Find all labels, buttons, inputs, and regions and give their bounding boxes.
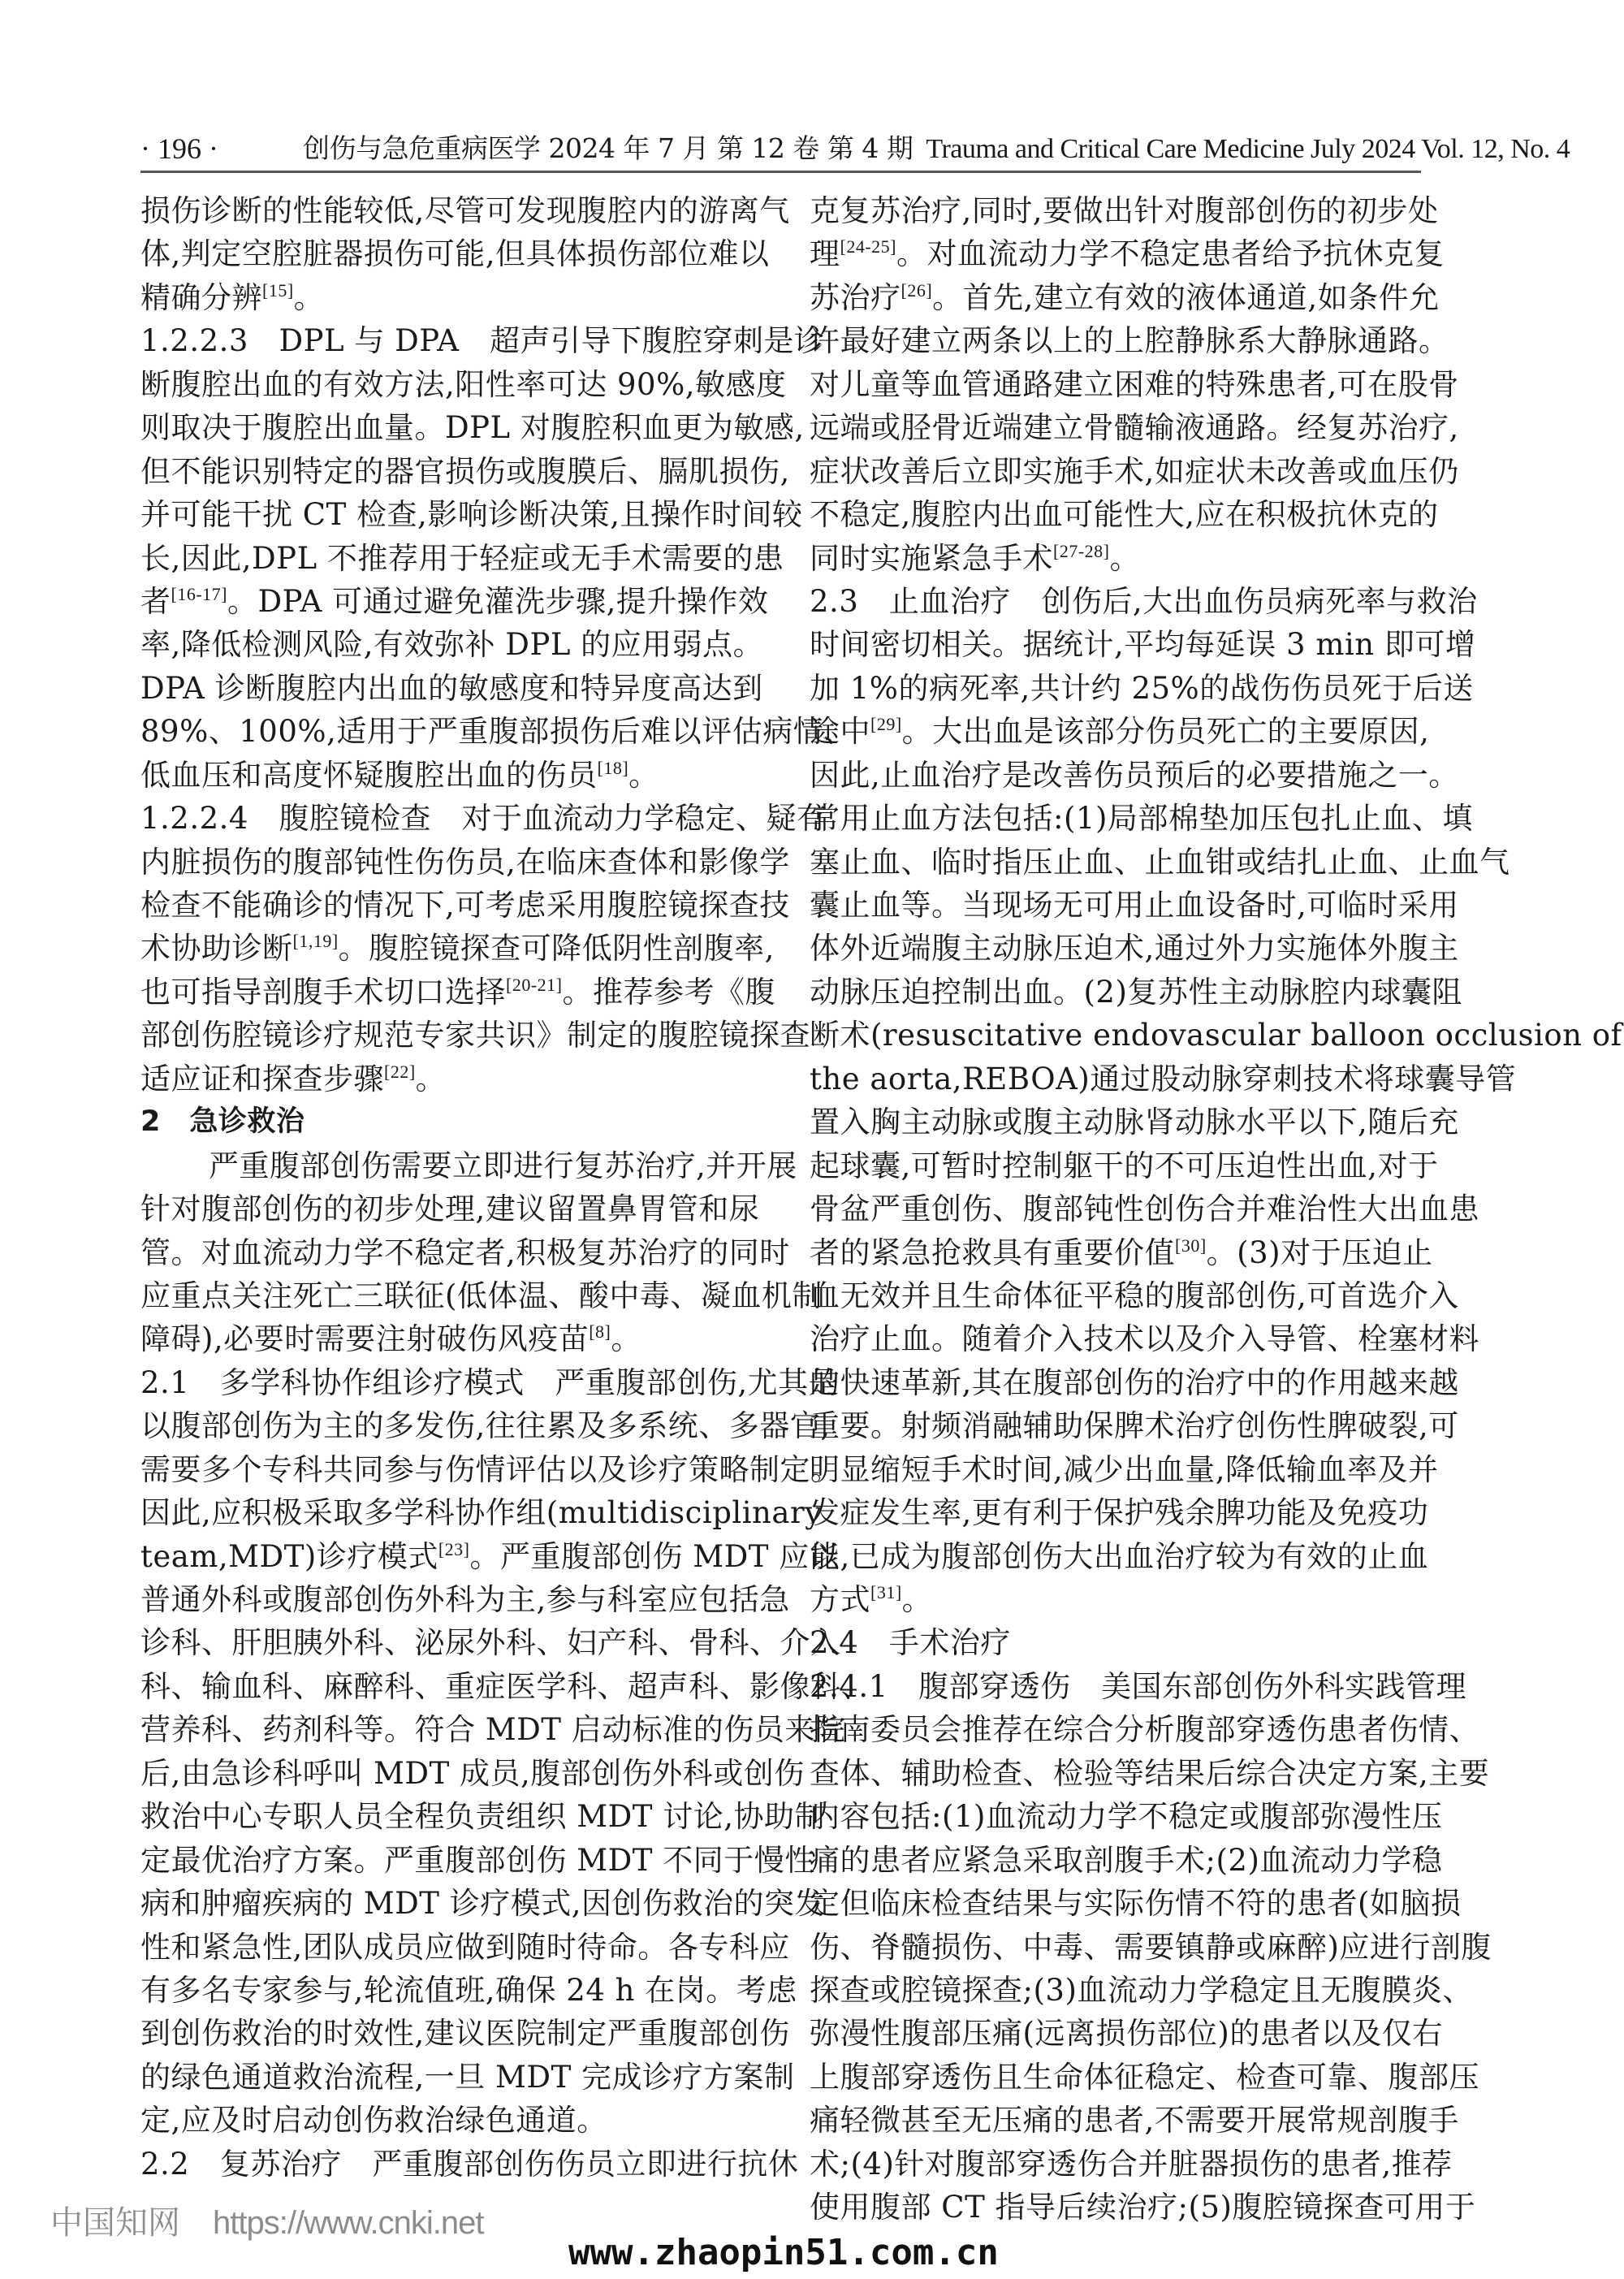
line-text: 查体、辅助检查、检验等结果后综合决定方案,主要 (810, 1756, 1489, 1791)
line-text: 损伤诊断的性能较低,尽管可发现腹腔内的游离气 (140, 193, 790, 228)
text-line: DPA 诊断腹腔内出血的敏感度和特异度高达到 (140, 667, 753, 710)
text-line: 营养科、药剂科等。符合 MDT 启动标准的伤员来院 (140, 1708, 753, 1751)
line-text: 长,因此,DPL 不推荐用于轻症或无手术需要的患 (140, 541, 784, 576)
text-line: 上腹部穿透伤且生命体征稳定、检查可靠、腹部压 (810, 2056, 1422, 2099)
text-line: 对儿童等血管通路建立困难的特殊患者,可在股骨 (810, 363, 1422, 406)
citation-ref[interactable]: [30] (1175, 1235, 1207, 1256)
line-text: 内容包括:(1)血流动力学不稳定或腹部弥漫性压 (810, 1799, 1442, 1834)
line-text: 精确分辨 (140, 280, 262, 315)
text-line: 查体、辅助检查、检验等结果后综合决定方案,主要 (810, 1752, 1422, 1795)
header-rule (140, 171, 1421, 173)
line-text: 有多名专家参与,轮流值班,确保 24 h 在岗。考虑 (140, 1973, 797, 2008)
text-line: 救治中心专职人员全程负责组织 MDT 讨论,协助制 (140, 1795, 753, 1838)
line-text: 定最优治疗方案。严重腹部创伤 MDT 不同于慢性 (140, 1843, 815, 1878)
site-watermark: www.zhaopin51.com.cn (568, 2232, 999, 2273)
line-text: 内脏损伤的腹部钝性伤伤员,在临床查体和影像学 (140, 845, 790, 880)
text-line: 也可指导剖腹手术切口选择[20-21]。推荐参考《腹 (140, 971, 753, 1014)
line-text: 动脉压迫控制出血。(2)复苏性主动脉腔内球囊阻 (810, 975, 1462, 1010)
text-line: 2.2 复苏治疗 严重腹部创伤伤员立即进行抗休 (140, 2143, 753, 2186)
line-text-tail: 。(3)对于压迫止 (1207, 1235, 1433, 1270)
text-line: 痛的患者应紧急采取剖腹手术;(2)血流动力学稳 (810, 1839, 1422, 1882)
line-text: 术;(4)针对腹部穿透伤合并脏器损伤的患者,推荐 (810, 2147, 1453, 2182)
text-line: 囊止血等。当现场无可用止血设备时,可临时采用 (810, 884, 1422, 927)
text-line: 长,因此,DPL 不推荐用于轻症或无手术需要的患 (140, 537, 753, 580)
line-text: 救治中心专职人员全程负责组织 MDT 讨论,协助制 (140, 1799, 825, 1834)
line-text: 上腹部穿透伤且生命体征稳定、检查可靠、腹部压 (810, 2060, 1479, 2095)
citation-ref[interactable]: [27-28] (1053, 541, 1109, 561)
running-header: · 196 · 创伤与急危重病医学 2024 年 7 月 第 12 卷 第 4 … (140, 128, 1421, 169)
text-line: 因此,应积极采取多学科协作组(multidisciplinary (140, 1491, 753, 1534)
line-text: 但不能识别特定的器官损伤或腹膜后、膈肌损伤, (140, 454, 790, 489)
text-line: 需要多个专科共同参与伤情评估以及诊疗策略制定。 (140, 1448, 753, 1491)
text-line: 损伤诊断的性能较低,尽管可发现腹腔内的游离气 (140, 189, 753, 232)
line-text: 病和肿瘤疾病的 MDT 诊疗模式,因创伤救治的突发 (140, 1886, 825, 1921)
text-line: 明显缩短手术时间,减少出血量,降低输血率及并 (810, 1448, 1422, 1491)
line-text: 2.3 止血治疗 创伤后,大出血伤员病死率与救治 (810, 584, 1478, 619)
citation-ref[interactable]: [1,19] (293, 931, 339, 951)
text-line: 许最好建立两条以上的上腔静脉系大静脉通路。 (810, 319, 1422, 362)
text-line: 适应证和探查步骤[22]。 (140, 1057, 753, 1101)
line-text: 治疗止血。随着介入技术以及介入导管、栓塞材料 (810, 1321, 1479, 1356)
text-line: 2.1 多学科协作组诊疗模式 严重腹部创伤,尤其是 (140, 1361, 753, 1404)
citation-ref[interactable]: [15] (262, 280, 294, 301)
line-text: 者的紧急抢救具有重要价值 (810, 1235, 1175, 1270)
text-line: 指南委员会推荐在综合分析腹部穿透伤患者伤情、 (810, 1708, 1422, 1751)
text-line: 的绿色通道救治流程,一旦 MDT 完成诊疗方案制 (140, 2056, 753, 2099)
text-line: 克复苏治疗,同时,要做出针对腹部创伤的初步处 (810, 189, 1422, 232)
line-text: 痛轻微甚至无压痛的患者,不需要开展常规剖腹手 (810, 2103, 1459, 2138)
text-line: 时间密切相关。据统计,平均每延误 3 min 即可增 (810, 623, 1422, 666)
line-text: 率,降低检测风险,有效弥补 DPL 的应用弱点。 (140, 627, 763, 662)
line-text: 部创伤腔镜诊疗规范专家共识》制定的腹腔镜探查 (140, 1018, 810, 1053)
text-line: 定,应及时启动创伤救治绿色通道。 (140, 2099, 753, 2142)
citation-ref[interactable]: [8] (589, 1321, 611, 1342)
line-text: 性和紧急性,团队成员应做到随时待命。各专科应 (140, 1930, 790, 1965)
line-text: 89%、100%,适用于严重腹部损伤后难以评估病情、 (140, 714, 854, 749)
line-text: 骨盆严重创伤、腹部钝性创伤合并难治性大出血患 (810, 1191, 1479, 1226)
line-text: 需要多个专科共同参与伤情评估以及诊疗策略制定。 (140, 1452, 841, 1487)
citation-ref[interactable]: [16-17] (171, 584, 227, 604)
line-text: 断腹腔出血的有效方法,阳性率可达 90%,敏感度 (140, 367, 787, 402)
text-line: 病和肿瘤疾病的 MDT 诊疗模式,因创伤救治的突发 (140, 1882, 753, 1925)
line-text: 2.2 复苏治疗 严重腹部创伤伤员立即进行抗休 (140, 2147, 798, 2182)
line-text: 置入胸主动脉或腹主动脉肾动脉水平以下,随后充 (810, 1105, 1459, 1139)
text-line: 置入胸主动脉或腹主动脉肾动脉水平以下,随后充 (810, 1101, 1422, 1144)
text-line: 血无效并且生命体征平稳的腹部创伤,可首选介入 (810, 1274, 1422, 1317)
line-text: 1.2.2.4 腹腔镜检查 对于血流动力学稳定、疑有 (140, 801, 827, 836)
line-text: 营养科、药剂科等。符合 MDT 启动标准的伤员来院 (140, 1712, 845, 1747)
text-line: 常用止血方法包括:(1)局部棉垫加压包扎止血、填 (810, 797, 1422, 840)
text-line: 探查或腔镜探查;(3)血流动力学稳定且无腹膜炎、 (810, 1969, 1422, 2012)
line-text: 应重点关注死亡三联征(低体温、酸中毒、凝血机制 (140, 1278, 823, 1313)
line-text-tail: 。 (294, 280, 325, 315)
line-text-tail: 。腹腔镜探查可降低阴性剖腹率, (339, 931, 775, 966)
text-line: 伤、脊髓损伤、中毒、需要镇静或麻醉)应进行剖腹 (810, 1926, 1422, 1969)
journal-title-cn: 创伤与急危重病医学 2024 年 7 月 第 12 卷 第 4 期 (303, 132, 913, 164)
text-line: 管。对血流动力学不稳定者,积极复苏治疗的同时 (140, 1231, 753, 1274)
line-text: 并可能干扰 CT 检查,影响诊断决策,且操作时间较 (140, 497, 803, 532)
citation-ref[interactable]: [26] (901, 280, 933, 301)
line-text: 2.1 多学科协作组诊疗模式 严重腹部创伤,尤其是 (140, 1365, 839, 1400)
text-line: 治疗止血。随着介入技术以及介入导管、栓塞材料 (810, 1317, 1422, 1360)
text-line: 但不能识别特定的器官损伤或腹膜后、膈肌损伤, (140, 450, 753, 493)
line-text: 许最好建立两条以上的上腔静脉系大静脉通路。 (810, 323, 1449, 358)
line-text: 管。对血流动力学不稳定者,积极复苏治疗的同时 (140, 1235, 790, 1270)
line-text: 体外近端腹主动脉压迫术,通过外力实施体外腹主 (810, 931, 1459, 966)
text-line: 体,判定空腔脏器损伤可能,但具体损伤部位难以 (140, 232, 753, 275)
line-text: DPA 诊断腹腔内出血的敏感度和特异度高达到 (140, 671, 763, 706)
line-text-tail: 。 (1109, 541, 1140, 576)
text-line: 体外近端腹主动脉压迫术,通过外力实施体外腹主 (810, 927, 1422, 970)
text-line: 加 1%的病死率,共计约 25%的战伤伤员死于后送 (810, 667, 1422, 710)
text-line: 塞止血、临时指压止血、止血钳或结扎止血、止血气 (810, 841, 1422, 884)
citation-ref[interactable]: [18] (598, 758, 629, 778)
text-line: 并可能干扰 CT 检查,影响诊断决策,且操作时间较 (140, 493, 753, 536)
text-line: 内脏损伤的腹部钝性伤伤员,在临床查体和影像学 (140, 841, 753, 884)
text-line: 途中[29]。大出血是该部分伤员死亡的主要原因, (810, 710, 1422, 753)
line-text: 诊科、肝胆胰外科、泌尿外科、妇产科、骨科、介入 (140, 1625, 841, 1660)
line-text: 者 (140, 584, 171, 619)
text-line: 部创伤腔镜诊疗规范专家共识》制定的腹腔镜探查 (140, 1014, 753, 1057)
text-line: 骨盆严重创伤、腹部钝性创伤合并难治性大出血患 (810, 1187, 1422, 1230)
text-line: 术;(4)针对腹部穿透伤合并脏器损伤的患者,推荐 (810, 2143, 1422, 2186)
text-line: 率,降低检测风险,有效弥补 DPL 的应用弱点。 (140, 623, 753, 666)
line-text-tail: 。 (902, 1582, 933, 1617)
line-text: 严重腹部创伤需要立即进行复苏治疗,并开展 (209, 1148, 797, 1183)
line-text: 探查或腔镜探查;(3)血流动力学稳定且无腹膜炎、 (810, 1973, 1473, 2008)
text-line: 不稳定,腹腔内出血可能性大,应在积极抗休克的 (810, 493, 1422, 536)
text-line: the aorta,REBOA)通过股动脉穿刺技术将球囊导管 (810, 1057, 1422, 1101)
line-text-tail: 。 (416, 1062, 447, 1096)
line-text: 检查不能确诊的情况下,可考虑采用腹腔镜探查技 (140, 888, 790, 923)
line-text: 低血压和高度怀疑腹腔出血的伤员 (140, 758, 598, 793)
line-text: 2.4 手术治疗 (810, 1625, 1011, 1660)
text-line: 后,由急诊科呼叫 MDT 成员,腹部创伤外科或创伤 (140, 1752, 753, 1795)
line-text: 2 急诊救治 (140, 1105, 304, 1138)
line-text: 理 (810, 236, 840, 271)
right-column: 克复苏治疗,同时,要做出针对腹部创伤的初步处理[24-25]。对血流动力学不稳定… (810, 189, 1422, 2229)
line-text: 的快速革新,其在腹部创伤的治疗中的作用越来越 (810, 1365, 1459, 1400)
text-line: 定最优治疗方案。严重腹部创伤 MDT 不同于慢性 (140, 1839, 753, 1882)
text-line: 严重腹部创伤需要立即进行复苏治疗,并开展 (140, 1144, 753, 1187)
line-text: 时间密切相关。据统计,平均每延误 3 min 即可增 (810, 627, 1475, 662)
citation-ref[interactable]: [31] (870, 1582, 902, 1602)
text-line: 者的紧急抢救具有重要价值[30]。(3)对于压迫止 (810, 1231, 1422, 1274)
text-line: 动脉压迫控制出血。(2)复苏性主动脉腔内球囊阻 (810, 971, 1422, 1014)
line-text: 体,判定空腔脏器损伤可能,但具体损伤部位难以 (140, 236, 770, 271)
text-line: 精确分辨[15]。 (140, 276, 753, 319)
citation-ref[interactable]: [24-25] (840, 236, 896, 257)
line-text: 因此,应积极采取多学科协作组(multidisciplinary (140, 1495, 823, 1530)
line-text: 以腹部创伤为主的多发伤,往往累及多系统、多器官, (140, 1408, 831, 1443)
line-text: 同时实施紧急手术 (810, 541, 1053, 576)
citation-ref[interactable]: [20-21] (506, 975, 562, 995)
text-line: 性和紧急性,团队成员应做到随时待命。各专科应 (140, 1926, 753, 1969)
text-line: 断腹腔出血的有效方法,阳性率可达 90%,敏感度 (140, 363, 753, 406)
text-line: 痛轻微甚至无压痛的患者,不需要开展常规剖腹手 (810, 2099, 1422, 2142)
line-text: 重要。射频消融辅助保脾术治疗创伤性脾破裂,可 (810, 1408, 1459, 1443)
text-line: 苏治疗[26]。首先,建立有效的液体通道,如条件允 (810, 276, 1422, 319)
text-line: 重要。射频消融辅助保脾术治疗创伤性脾破裂,可 (810, 1404, 1422, 1447)
line-text-tail: 。推荐参考《腹 (562, 975, 775, 1010)
text-line: 有多名专家参与,轮流值班,确保 24 h 在岗。考虑 (140, 1969, 753, 2012)
citation-ref[interactable]: [23] (438, 1539, 470, 1559)
text-line: 起球囊,可暂时控制躯干的不可压迫性出血,对于 (810, 1144, 1422, 1187)
line-text: 针对腹部创伤的初步处理,建议留置鼻胃管和尿 (140, 1191, 759, 1226)
line-text: 适应证和探查步骤 (140, 1062, 384, 1096)
text-line: 1.2.2.3 DPL 与 DPA 超声引导下腹腔穿刺是诊 (140, 319, 753, 362)
line-text: 定但临床检查结果与实际伤情不符的患者(如脑损 (810, 1886, 1461, 1921)
text-line: 检查不能确诊的情况下,可考虑采用腹腔镜探查技 (140, 884, 753, 927)
text-line: 普通外科或腹部创伤外科为主,参与科室应包括急 (140, 1578, 753, 1621)
text-line: 同时实施紧急手术[27-28]。 (810, 537, 1422, 580)
left-column: 损伤诊断的性能较低,尽管可发现腹腔内的游离气体,判定空腔脏器损伤可能,但具体损伤… (140, 189, 753, 2186)
line-text-tail: 。首先,建立有效的液体通道,如条件允 (932, 280, 1440, 315)
text-line: 针对腹部创伤的初步处理,建议留置鼻胃管和尿 (140, 1187, 753, 1230)
text-line: 应重点关注死亡三联征(低体温、酸中毒、凝血机制 (140, 1274, 753, 1317)
cnki-name: 中国知网 (50, 2204, 180, 2242)
line-text: 的绿色通道救治流程,一旦 MDT 完成诊疗方案制 (140, 2060, 795, 2095)
line-text: 1.2.2.3 DPL 与 DPA 超声引导下腹腔穿刺是诊 (140, 323, 824, 358)
line-text: 方式 (810, 1582, 870, 1617)
line-text: 也可指导剖腹手术切口选择 (140, 975, 506, 1010)
text-line: 2.3 止血治疗 创伤后,大出血伤员病死率与救治 (810, 580, 1422, 623)
line-text: 发症发生率,更有利于保护残余脾功能及免疫功 (810, 1495, 1428, 1530)
line-text: team,MDT)诊疗模式 (140, 1539, 438, 1574)
text-line: 以腹部创伤为主的多发伤,往往累及多系统、多器官, (140, 1404, 753, 1447)
line-text: 远端或胫骨近端建立骨髓输液通路。经复苏治疗, (810, 410, 1459, 445)
line-text: 途中 (810, 714, 870, 749)
line-text: 指南委员会推荐在综合分析腹部穿透伤患者伤情、 (810, 1712, 1479, 1747)
text-line: 弥漫性腹部压痛(远离损伤部位)的患者以及仅右 (810, 2012, 1422, 2055)
line-text: 因此,止血治疗是改善伤员预后的必要措施之一。 (810, 758, 1459, 793)
line-text-tail: 。严重腹部创伤 MDT 应以 (470, 1539, 840, 1574)
line-text-tail: 。大出血是该部分伤员死亡的主要原因, (902, 714, 1430, 749)
text-line: 理[24-25]。对血流动力学不稳定患者给予抗休克复 (810, 232, 1422, 275)
line-text: 苏治疗 (810, 280, 901, 315)
line-text: 普通外科或腹部创伤外科为主,参与科室应包括急 (140, 1582, 790, 1617)
line-text-tail: 。对血流动力学不稳定患者给予抗休克复 (896, 236, 1445, 271)
text-line: 1.2.2.4 腹腔镜检查 对于血流动力学稳定、疑有 (140, 797, 753, 840)
text-line: 2.4 手术治疗 (810, 1621, 1422, 1664)
text-line: 症状改善后立即实施手术,如症状未改善或血压仍 (810, 450, 1422, 493)
line-text: 伤、脊髓损伤、中毒、需要镇静或麻醉)应进行剖腹 (810, 1930, 1492, 1965)
line-text: 对儿童等血管通路建立困难的特殊患者,可在股骨 (810, 367, 1459, 402)
line-text: 弥漫性腹部压痛(远离损伤部位)的患者以及仅右 (810, 2016, 1443, 2051)
text-line: 89%、100%,适用于严重腹部损伤后难以评估病情、 (140, 710, 753, 753)
text-line: 远端或胫骨近端建立骨髓输液通路。经复苏治疗, (810, 406, 1422, 449)
line-text: 痛的患者应紧急采取剖腹手术;(2)血流动力学稳 (810, 1843, 1442, 1878)
line-text: 使用腹部 CT 指导后续治疗;(5)腹腔镜探查可用于 (810, 2190, 1475, 2225)
line-text: 症状改善后立即实施手术,如症状未改善或血压仍 (810, 454, 1459, 489)
line-text: 障碍),必要时需要注射破伤风疫苗 (140, 1321, 589, 1356)
journal-citation: 创伤与急危重病医学 2024 年 7 月 第 12 卷 第 4 期Trauma … (303, 128, 1570, 170)
text-line: 障碍),必要时需要注射破伤风疫苗[8]。 (140, 1317, 753, 1360)
page-number: · 196 · (140, 128, 218, 169)
line-text: 血无效并且生命体征平稳的腹部创伤,可首选介入 (810, 1278, 1459, 1313)
line-text: 不稳定,腹腔内出血可能性大,应在积极抗休克的 (810, 497, 1439, 532)
line-text: 后,由急诊科呼叫 MDT 成员,腹部创伤外科或创伤 (140, 1756, 805, 1791)
line-text: 定,应及时启动创伤救治绿色通道。 (140, 2103, 607, 2138)
text-line: team,MDT)诊疗模式[23]。严重腹部创伤 MDT 应以 (140, 1535, 753, 1578)
text-line: 使用腹部 CT 指导后续治疗;(5)腹腔镜探查可用于 (810, 2186, 1422, 2229)
line-text: 克复苏治疗,同时,要做出针对腹部创伤的初步处 (810, 193, 1439, 228)
text-line: 到创伤救治的时效性,建议医院制定严重腹部创伤 (140, 2012, 753, 2055)
line-text: 加 1%的病死率,共计约 25%的战伤伤员死于后送 (810, 671, 1474, 706)
line-text: 到创伤救治的时效性,建议医院制定严重腹部创伤 (140, 2016, 790, 2051)
text-line: 的快速革新,其在腹部创伤的治疗中的作用越来越 (810, 1361, 1422, 1404)
text-line: 发症发生率,更有利于保护残余脾功能及免疫功 (810, 1491, 1422, 1534)
text-line: 定但临床检查结果与实际伤情不符的患者(如脑损 (810, 1882, 1422, 1925)
text-line: 低血压和高度怀疑腹腔出血的伤员[18]。 (140, 754, 753, 797)
line-text: 明显缩短手术时间,减少出血量,降低输血率及并 (810, 1452, 1439, 1487)
text-line: 方式[31]。 (810, 1578, 1422, 1621)
line-text: 塞止血、临时指压止血、止血钳或结扎止血、止血气 (810, 845, 1510, 880)
line-text: 能,已成为腹部创伤大出血治疗较为有效的止血 (810, 1539, 1428, 1574)
line-text: 起球囊,可暂时控制躯干的不可压迫性出血,对于 (810, 1148, 1439, 1183)
line-text-tail: 。 (611, 1321, 641, 1356)
text-line: 内容包括:(1)血流动力学不稳定或腹部弥漫性压 (810, 1795, 1422, 1838)
line-text: 2.4.1 腹部穿透伤 美国东部创伤外科实践管理 (810, 1669, 1466, 1704)
text-line: 断术(resuscitative endovascular balloon oc… (810, 1014, 1422, 1057)
citation-ref[interactable]: [29] (870, 714, 902, 734)
text-line: 2.4.1 腹部穿透伤 美国东部创伤外科实践管理 (810, 1665, 1422, 1708)
cnki-url: https://www.cnki.net (213, 2205, 483, 2241)
section-heading: 2 急诊救治 (140, 1101, 753, 1144)
line-text: 常用止血方法包括:(1)局部棉垫加压包扎止血、填 (810, 801, 1473, 836)
text-line: 科、输血科、麻醉科、重症医学科、超声科、影像科、 (140, 1665, 753, 1708)
text-line: 术协助诊断[1,19]。腹腔镜探查可降低阴性剖腹率, (140, 927, 753, 970)
line-text: 断术(resuscitative endovascular balloon oc… (810, 1018, 1622, 1053)
line-text: 囊止血等。当现场无可用止血设备时,可临时采用 (810, 888, 1459, 923)
line-text: 术协助诊断 (140, 931, 293, 966)
citation-ref[interactable]: [22] (384, 1062, 416, 1082)
text-line: 则取决于腹腔出血量。DPL 对腹腔积血更为敏感, (140, 406, 753, 449)
line-text: 则取决于腹腔出血量。DPL 对腹腔积血更为敏感, (140, 410, 805, 445)
line-text: the aorta,REBOA)通过股动脉穿刺技术将球囊导管 (810, 1062, 1516, 1096)
journal-title-en: Trauma and Critical Care Medicine July 2… (926, 134, 1570, 164)
cnki-watermark: 中国知网https://www.cnki.net (50, 2197, 483, 2243)
text-line: 能,已成为腹部创伤大出血治疗较为有效的止血 (810, 1535, 1422, 1578)
text-line: 者[16-17]。DPA 可通过避免灌洗步骤,提升操作效 (140, 580, 753, 623)
text-line: 诊科、肝胆胰外科、泌尿外科、妇产科、骨科、介入 (140, 1621, 753, 1664)
text-line: 因此,止血治疗是改善伤员预后的必要措施之一。 (810, 754, 1422, 797)
line-text: 科、输血科、麻醉科、重症医学科、超声科、影像科、 (140, 1669, 871, 1704)
line-text-tail: 。 (628, 758, 659, 793)
line-text-tail: 。DPA 可通过避免灌洗步骤,提升操作效 (227, 584, 768, 619)
